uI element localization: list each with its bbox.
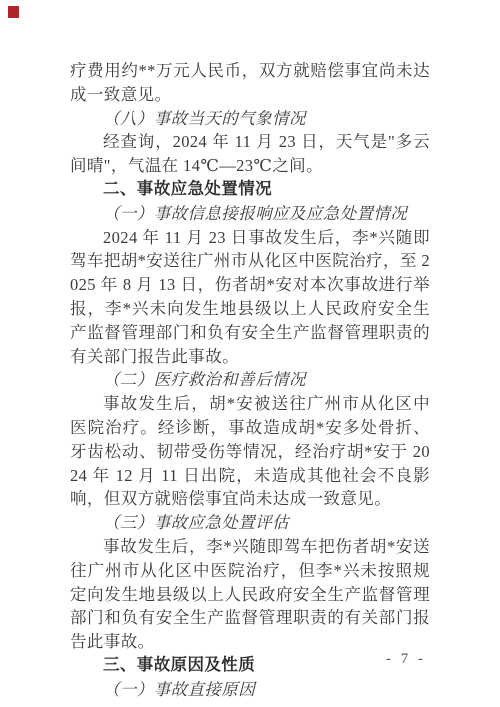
heading-section-2-emergency-response: 二、事故应急处置情况: [70, 178, 430, 202]
para-compensation-continued: 疗费用约**万元人民币，双方就赔偿事宜尚未达成一致意见。: [70, 59, 430, 107]
document-body: 疗费用约**万元人民币，双方就赔偿事宜尚未达成一致意见。 （八）事故当天的气象情…: [70, 59, 430, 702]
heading-emergency-response-evaluation: （三）事故应急处置评估: [70, 511, 430, 535]
para-weather-details: 经查询，2024 年 11 月 23 日，天气是"多云间晴"，气温在 14℃—2…: [70, 130, 430, 178]
page-number: - 7 -: [386, 651, 426, 668]
red-marker-icon: [8, 6, 19, 18]
para-medical-treatment-details: 事故发生后，胡*安被送往广州市从化区中医院治疗。经诊断，事故造成胡*安多处骨折、…: [70, 392, 430, 511]
heading-medical-treatment-aftermath: （二）医疗救治和善后情况: [70, 368, 430, 392]
document-page: 疗费用约**万元人民币，双方就赔偿事宜尚未达成一致意见。 （八）事故当天的气象情…: [0, 0, 500, 707]
heading-section-3-cause-and-nature: 三、事故原因及性质: [70, 654, 430, 678]
heading-direct-cause: （一）事故直接原因: [70, 678, 430, 702]
para-emergency-response-evaluation-details: 事故发生后，李*兴随即驾车把伤者胡*安送往广州市从化区中医院治疗，但李*兴未按照…: [70, 535, 430, 654]
heading-incident-reporting-response: （一）事故信息接报响应及应急处置情况: [70, 202, 430, 226]
heading-weather-conditions: （八）事故当天的气象情况: [70, 107, 430, 131]
para-incident-reporting-details: 2024 年 11 月 23 日事故发生后，李*兴随即驾车把胡*安送往广州市从化…: [70, 226, 430, 369]
